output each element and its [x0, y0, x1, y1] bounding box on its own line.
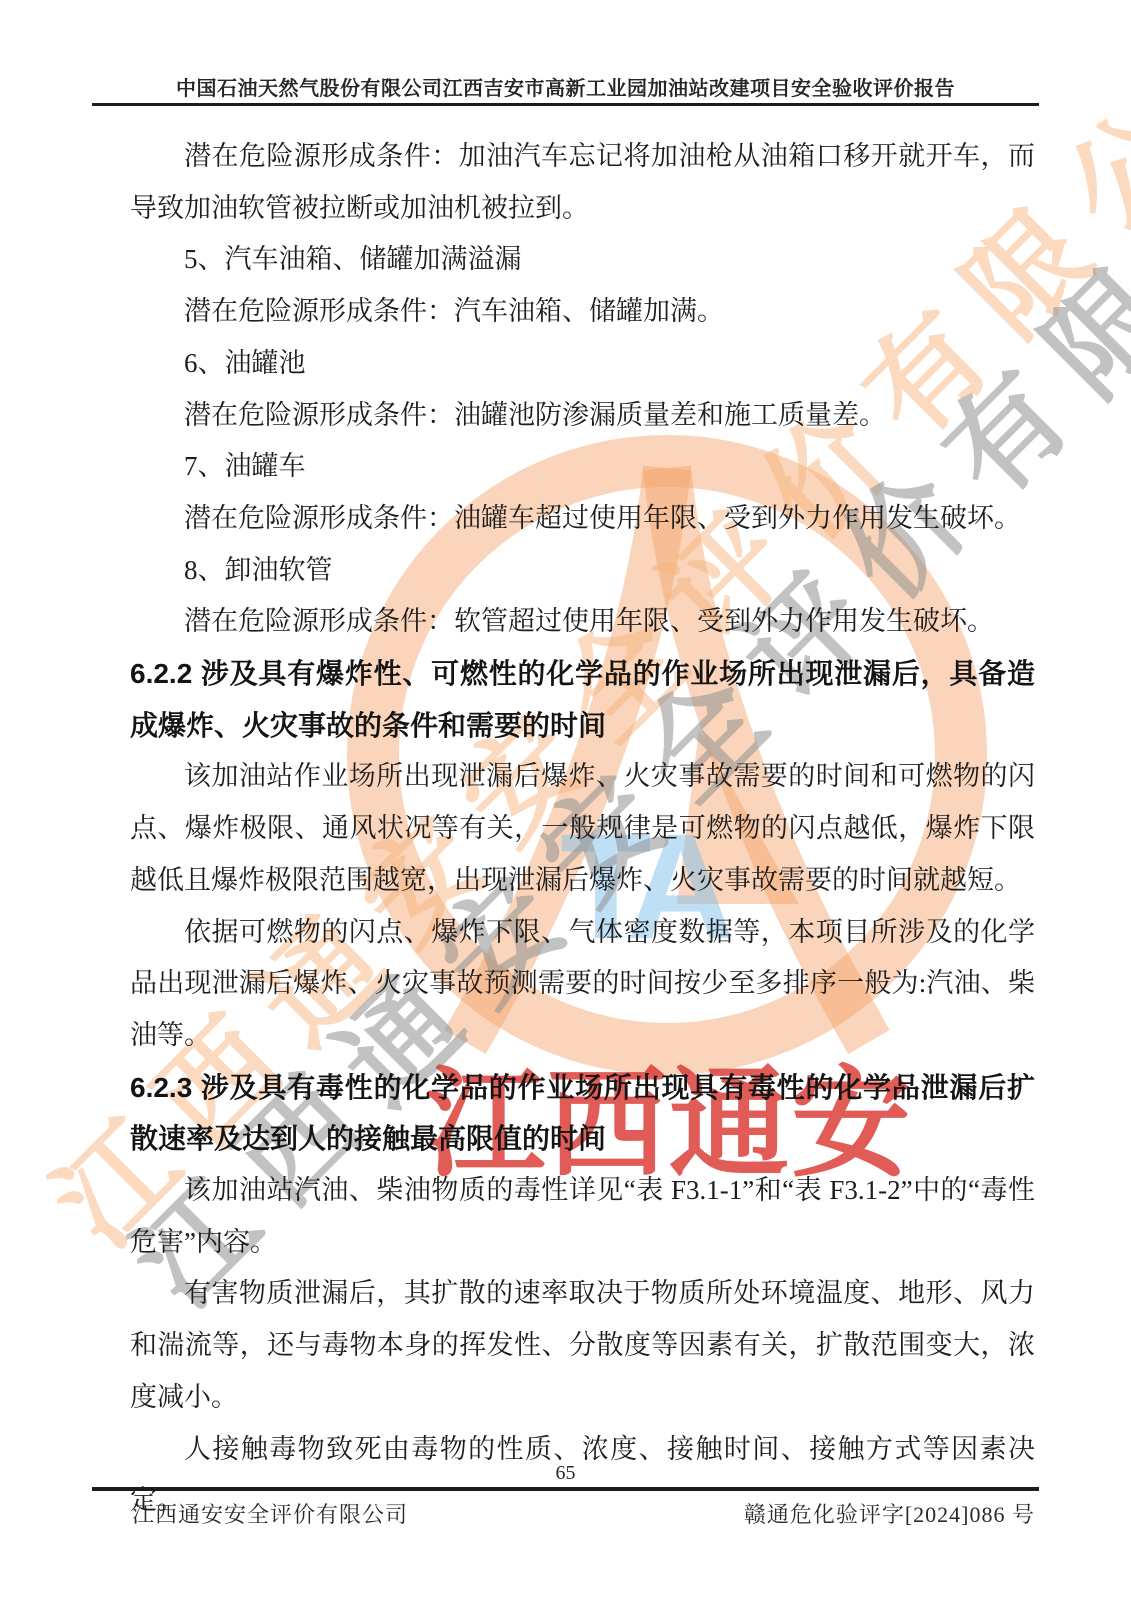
paragraph: 潜在危险源形成条件：加油汽车忘记将加油枪从油箱口移开就开车，而导致加油软管被拉断…	[130, 131, 1035, 234]
paragraph: 5、汽车油箱、储罐加满溢漏	[130, 234, 1035, 286]
section-heading: 6.2.2 涉及具有爆炸性、可燃性的化学品的作业场所出现泄漏后，具备造成爆炸、火…	[130, 648, 1035, 751]
paragraph: 该加油站汽油、柴油物质的毒性详见“表 F3.1-1”和“表 F3.1-2”中的“…	[130, 1165, 1035, 1268]
paragraph: 潜在危险源形成条件：软管超过使用年限、受到外力作用发生破坏。	[130, 596, 1035, 648]
paragraph: 该加油站作业场所出现泄漏后爆炸、火灾事故需要的时间和可燃物的闪点、爆炸极限、通风…	[130, 751, 1035, 906]
paragraph: 8、卸油软管	[130, 545, 1035, 597]
section-heading: 6.2.3 涉及具有毒性的化学品的作业场所出现具有毒性的化学品泄漏后扩散速率及达…	[130, 1062, 1035, 1165]
paragraph: 潜在危险源形成条件：油罐车超过使用年限、受到外力作用发生破坏。	[130, 493, 1035, 545]
paragraph: 6、油罐池	[130, 338, 1035, 390]
paragraph: 有害物质泄漏后，其扩散的速率取决于物质所处环境温度、地形、风力和湍流等，还与毒物…	[130, 1268, 1035, 1423]
paragraph: 依据可燃物的闪点、爆炸下限、气体密度数据等，本项目所涉及的化学品出现泄漏后爆炸、…	[130, 907, 1035, 1062]
paragraph: 7、油罐车	[130, 441, 1035, 493]
page-header-title: 中国石油天然气股份有限公司江西吉安市高新工业园加油站改建项目安全验收评价报告	[0, 72, 1131, 101]
document-body: 潜在危险源形成条件：加油汽车忘记将加油枪从油箱口移开就开车，而导致加油软管被拉断…	[130, 131, 1035, 1527]
paragraph: 人接触毒物致死由毒物的性质、浓度、接触时间、接触方式等因素决定。	[130, 1424, 1035, 1527]
header-rule	[92, 103, 1039, 106]
paragraph: 潜在危险源形成条件：汽车油箱、储罐加满。	[130, 286, 1035, 338]
paragraph: 潜在危险源形成条件：油罐池防渗漏质量差和施工质量差。	[130, 390, 1035, 442]
document-page: 江西通安安全评价有限公司 TA 江西通安安全评价有限公司 江西通安 中国石油天然…	[0, 0, 1131, 1600]
